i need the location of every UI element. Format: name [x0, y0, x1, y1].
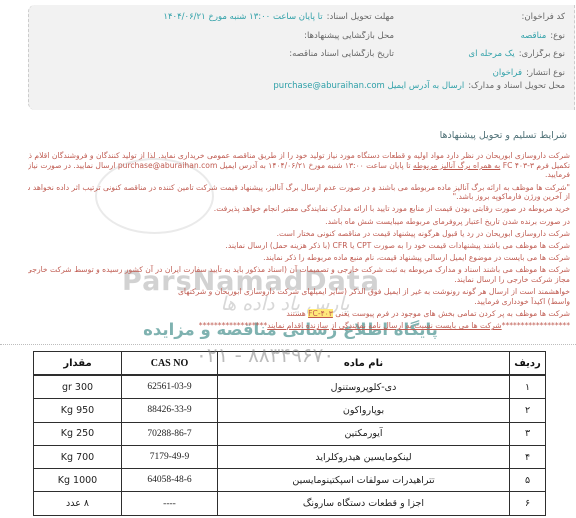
field-label: مهلت تحویل اسناد: — [327, 12, 394, 22]
field-row: نوع:مناقصه — [397, 31, 565, 50]
terms-segment: هستند — [286, 309, 308, 318]
table-cell: 64058-48-6 — [122, 469, 218, 492]
delivery-label: محل تحویل اسناد و مدارک: — [468, 81, 565, 91]
terms-line: تکمیل فرم ۳-۴۰۳ FC به همراه برگ آنالیز م… — [28, 161, 570, 171]
terms-segment: "شرکت ها موظف به ارائه برگ آنالیز ماده م… — [28, 183, 570, 192]
terms-segment: شرکت ها موظف می باشند اسناد و مدارک مربو… — [28, 265, 570, 274]
delivery-field: محل تحویل اسناد و مدارک: ارسال به آدرس ا… — [273, 81, 565, 91]
terms-line: خواهشمند است از ارسال هر گونه رونوشت به … — [28, 287, 570, 297]
summary-fields-right: کد فراخوان:نوع:مناقصهنوع برگزاری:یک مرحل… — [397, 12, 565, 86]
terms-line: شرکت ها می بایست در موضوع ایمیل ارسالی پ… — [28, 253, 570, 263]
terms-line: خرید مربوطه در صورت رقابتی بودن قیمت از … — [28, 204, 570, 214]
table-cell: 250 Kg — [34, 422, 122, 445]
table-row: ۶اجزا و قطعات دستگاه سارونگ----۸ عدد — [34, 492, 546, 515]
delivery-email-value: ارسال به آدرس ایمیل purchase@aburaihan.c… — [273, 81, 464, 91]
table-cell: لینکومایسین هیدروکلراید — [218, 445, 510, 468]
table-cell: 7179-49-9 — [122, 445, 218, 468]
column-header: CAS NO — [122, 352, 218, 376]
terms-paragraph: خرید مربوطه در صورت رقابتی بودن قیمت از … — [28, 204, 570, 214]
field-value: تا پایان ساعت ۱۳:۰۰ شنبه مورخ ۱۴۰۴/۰۶/۲۱ — [163, 12, 322, 22]
section-title: شرایط تسلیم و تحویل پیشنهادها — [440, 130, 567, 141]
table-row: ۲بوپارواکون88426-33-9950 Kg — [34, 399, 546, 422]
table-cell: 1000 Kg — [34, 469, 122, 492]
table-header: ردیفنام مادهCAS NOمقدار — [34, 352, 546, 376]
column-header: نام ماده — [218, 352, 510, 376]
terms-segment: خرید مربوطه در صورت رقابتی بودن قیمت از … — [214, 204, 570, 213]
table-cell: ۸ عدد — [34, 492, 122, 515]
table-cell: بوپارواکون — [218, 399, 510, 422]
table-cell: 700 Kg — [34, 445, 122, 468]
terms-segment: فرمایید. — [545, 170, 570, 179]
dotted-divider — [0, 344, 576, 345]
terms-segment: FC-۴۰۳ — [308, 309, 333, 318]
field-label: محل بازگشایی پیشنهادها: — [304, 31, 394, 41]
terms-paragraph: ******************شرکت ها می بایست نسبت … — [28, 321, 570, 331]
field-value: فراخوان — [493, 68, 522, 78]
table-cell: 62561-03-9 — [122, 375, 218, 399]
summary-panel: کد فراخوان:نوع:مناقصهنوع برگزاری:یک مرحل… — [28, 5, 575, 110]
terms-paragraph: شرکت داروسازی ابوریحان در نظر دارد مواد … — [28, 151, 570, 180]
field-row: محل بازگشایی پیشنهادها: — [74, 31, 394, 50]
field-label: نوع برگزاری: — [519, 49, 565, 59]
terms-segment: خواهشمند است از ارسال هر گونه رونوشت به … — [178, 287, 570, 296]
table-row: ۵تتراهیدرات سولفات اسپکتینومایسین64058-4… — [34, 469, 546, 492]
terms-segment: ****************** — [502, 321, 570, 330]
terms-line: شرکت ها موظف به پر کردن تمامی بخش های مو… — [28, 309, 570, 319]
field-label: نوع انتشار: — [526, 68, 565, 78]
terms-line: در صورت برنده شدن تاریخ اعتبار پروفرمای … — [28, 217, 570, 227]
table-cell: ۱ — [510, 375, 546, 399]
table-cell: تتراهیدرات سولفات اسپکتینومایسین — [218, 469, 510, 492]
terms-segment: شرکت ها می بایست در موضوع ایمیل ارسالی پ… — [263, 253, 570, 262]
summary-fields-middle: مهلت تحویل اسناد:تا پایان ساعت ۱۳:۰۰ شنب… — [74, 12, 394, 68]
terms-paragraph: خواهشمند است از ارسال هر گونه رونوشت به … — [28, 287, 570, 306]
table-cell: 88426-33-9 — [122, 399, 218, 422]
terms-paragraph: شرکت ها موظف می باشند اسناد و مدارک مربو… — [28, 265, 570, 284]
terms-paragraph: شرکت ها موظف می باشند پیشنهادات قیمت خود… — [28, 241, 570, 251]
field-row: نوع برگزاری:یک مرحله ای — [397, 49, 565, 68]
table-cell: آیورمکتین — [218, 422, 510, 445]
terms-segment: از آخرین ورژن فارماکوپه بروز باشد." — [453, 192, 570, 201]
terms-line: مجاز شرکت خارجی را ارسال نمایند. — [28, 275, 570, 285]
table-cell: ۲ — [510, 399, 546, 422]
terms-segment: شرکت ها موظف به پر کردن تمامی بخش های مو… — [333, 309, 570, 318]
terms-segment: به همراه برگ آنالیز مربوطه — [413, 161, 500, 170]
terms-segment: تا پایان ساعت ۱۳:۰۰ شنبه مورخ ۱۴۰۴/۰۶/۲۱… — [28, 161, 413, 170]
field-value: مناقصه — [521, 31, 547, 41]
terms-line: شرکت ها موظف می باشند پیشنهادات قیمت خود… — [28, 241, 570, 251]
terms-segment: شرکت داروسازی ابوریحان در رد یا قبول هرگ… — [277, 229, 570, 238]
table-cell: اجزا و قطعات دستگاه سارونگ — [218, 492, 510, 515]
terms-segment: شرکت ها می بایست نسبت به ارسال نامه نمای… — [267, 321, 502, 330]
table-row: ۴لینکومایسین هیدروکلراید7179-49-9700 Kg — [34, 445, 546, 468]
terms-line: از آخرین ورژن فارماکوپه بروز باشد." — [28, 192, 570, 202]
terms-paragraph: شرکت ها موظف به پر کردن تمامی بخش های مو… — [28, 309, 570, 319]
terms-segment: تکمیل فرم ۳-۴۰۳ FC — [500, 161, 570, 170]
column-header: ردیف — [510, 352, 546, 376]
field-label: نوع: — [550, 31, 565, 41]
terms-paragraph: "شرکت ها موظف به ارائه برگ آنالیز ماده م… — [28, 183, 570, 202]
field-row: کد فراخوان: — [397, 12, 565, 31]
terms-segment: ****************** — [199, 321, 267, 330]
terms-segment: واسط) اکیداً خودداری فرمایید. — [474, 297, 570, 306]
terms-line: "شرکت ها موظف به ارائه برگ آنالیز ماده م… — [28, 183, 570, 193]
field-label: تاریخ بازگشایی اسناد مناقصه: — [289, 49, 394, 59]
tender-page: { "colors":{"accent_teal":"#2fa0a8","ter… — [0, 0, 576, 518]
table-cell: ۴ — [510, 445, 546, 468]
field-row: تاریخ بازگشایی اسناد مناقصه: — [74, 49, 394, 68]
field-row: مهلت تحویل اسناد:تا پایان ساعت ۱۳:۰۰ شنب… — [74, 12, 394, 31]
terms-segment: مجاز شرکت خارجی را ارسال نمایند. — [454, 275, 570, 284]
terms-line: فرمایید. — [28, 170, 570, 180]
terms-section: شرکت داروسازی ابوریحان در نظر دارد مواد … — [28, 151, 570, 334]
table-row: ۳آیورمکتین70288-86-7250 Kg — [34, 422, 546, 445]
table-cell: ---- — [122, 492, 218, 515]
terms-segment: شرکت داروسازی ابوریحان در نظر دارد مواد … — [28, 151, 570, 160]
terms-line: شرکت داروسازی ابوریحان در رد یا قبول هرگ… — [28, 229, 570, 239]
table-row: ۱دی-کلوپروستنول62561-03-9300 gr — [34, 375, 546, 399]
table-cell: ۳ — [510, 422, 546, 445]
materials-table: ردیفنام مادهCAS NOمقدار ۱دی-کلوپروستنول6… — [33, 351, 546, 516]
terms-segment: در صورت برنده شدن تاریخ اعتبار پروفرمای … — [325, 217, 570, 226]
terms-line: ******************شرکت ها می بایست نسبت … — [28, 321, 570, 331]
terms-line: شرکت داروسازی ابوریحان در نظر دارد مواد … — [28, 151, 570, 161]
table-cell: ۵ — [510, 469, 546, 492]
terms-segment: شرکت ها موظف می باشند پیشنهادات قیمت خود… — [225, 241, 570, 250]
table-cell: دی-کلوپروستنول — [218, 375, 510, 399]
terms-paragraph: شرکت ها می بایست در موضوع ایمیل ارسالی پ… — [28, 253, 570, 263]
table-cell: 950 Kg — [34, 399, 122, 422]
terms-paragraph: شرکت داروسازی ابوریحان در رد یا قبول هرگ… — [28, 229, 570, 239]
column-header: مقدار — [34, 352, 122, 376]
table-cell: 300 gr — [34, 375, 122, 399]
field-value: یک مرحله ای — [468, 49, 514, 59]
field-label: کد فراخوان: — [522, 12, 565, 22]
terms-paragraph: در صورت برنده شدن تاریخ اعتبار پروفرمای … — [28, 217, 570, 227]
table-cell: 70288-86-7 — [122, 422, 218, 445]
terms-line: واسط) اکیداً خودداری فرمایید. — [28, 297, 570, 307]
table-cell: ۶ — [510, 492, 546, 515]
terms-line: شرکت ها موظف می باشند اسناد و مدارک مربو… — [28, 265, 570, 275]
